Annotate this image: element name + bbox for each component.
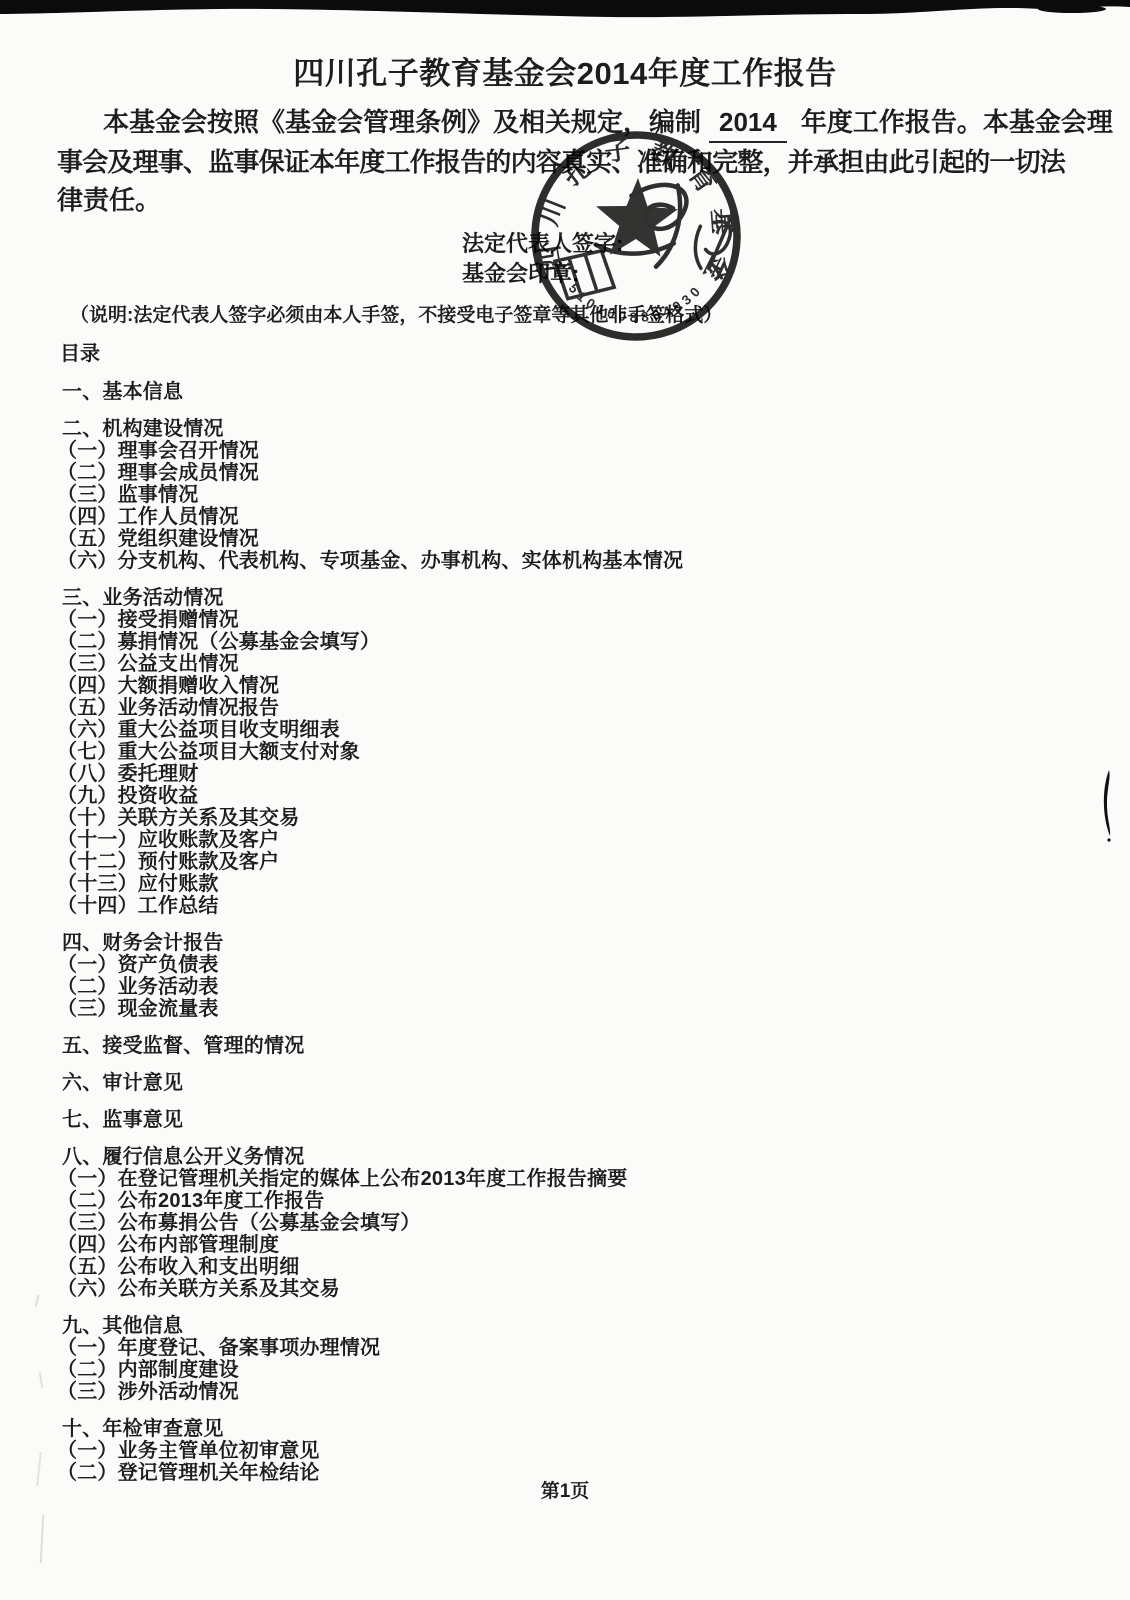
toc-section-heading: 二、机构建设情况 <box>62 418 1130 440</box>
intro-line-3: 律责任。 <box>57 181 1072 219</box>
toc-item: （七）重大公益项目大额支付对象 <box>57 741 1130 763</box>
toc-item: （三）现金流量表 <box>57 998 1130 1020</box>
scan-edge-band <box>0 0 1130 26</box>
toc-item: （二）理事会成员情况 <box>57 462 1130 484</box>
intro-line1-suffix: 年度工作报告。本基金会理 <box>801 107 1113 137</box>
toc-item: （三）涉外活动情况 <box>57 1381 1130 1403</box>
toc-item: （四）大额捐赠收入情况 <box>57 675 1130 697</box>
toc-section-heading: 八、履行信息公开义务情况 <box>62 1146 1130 1168</box>
toc-item: （十三）应付账款 <box>57 873 1130 895</box>
toc-section: 十、年检审查意见（一）业务主管单位初审意见（二）登记管理机关年检结论 <box>57 1418 1130 1484</box>
toc-item: （一）理事会召开情况 <box>57 440 1130 462</box>
toc-item: （一）业务主管单位初审意见 <box>57 1440 1130 1462</box>
toc-section-heading: 十、年检审查意见 <box>62 1418 1130 1440</box>
toc-section: 一、基本信息 <box>57 381 1130 403</box>
scan-left-artifact <box>35 1295 40 1307</box>
toc-item: （二）内部制度建设 <box>57 1359 1130 1381</box>
toc-item: （一）资产负债表 <box>57 954 1130 976</box>
intro-line1-prefix: 本基金会按照《基金会管理条例》及相关规定，编制 <box>103 107 701 137</box>
toc-item: （一）年度登记、备案事项办理情况 <box>57 1337 1130 1359</box>
toc-item: （二）公布2013年度工作报告 <box>57 1190 1130 1212</box>
toc-item: （八）委托理财 <box>57 763 1130 785</box>
toc-section-heading: 七、监事意见 <box>62 1109 1130 1131</box>
toc-item: （六）重大公益项目收支明细表 <box>57 719 1130 741</box>
toc-item: （十二）预付账款及客户 <box>57 851 1130 873</box>
foundation-seal-label: 基金会印章: <box>462 259 1130 289</box>
toc-item: （三）公布募捐公告（公募基金会填写） <box>57 1212 1130 1234</box>
legal-representative-signature-label: 法定代表人签字: <box>462 229 1130 259</box>
toc-item: （五）党组织建设情况 <box>57 528 1130 550</box>
toc-item: （三）公益支出情况 <box>57 653 1130 675</box>
scan-left-artifact <box>39 1372 43 1388</box>
toc-section: 七、监事意见 <box>57 1109 1130 1131</box>
intro-line-1: 本基金会按照《基金会管理条例》及相关规定，编制2014年度工作报告。本基金会理 <box>57 103 1072 143</box>
toc-item: （三）监事情况 <box>57 484 1130 506</box>
toc-section: 六、审计意见 <box>57 1072 1130 1094</box>
toc-item: （四）工作人员情况 <box>57 506 1130 528</box>
page-number: 第1页 <box>0 1476 1130 1503</box>
toc-section: 九、其他信息（一）年度登记、备案事项办理情况（二）内部制度建设（三）涉外活动情况 <box>57 1315 1130 1403</box>
toc-section-heading: 六、审计意见 <box>62 1072 1130 1094</box>
intro-line-2: 事会及理事、监事保证本年度工作报告的内容真实、准确和完整，并承担由此引起的一切法 <box>57 143 1072 181</box>
toc-item: （四）公布内部管理制度 <box>57 1234 1130 1256</box>
toc-list: 一、基本信息二、机构建设情况（一）理事会召开情况（二）理事会成员情况（三）监事情… <box>57 381 1130 1484</box>
toc-item: （六）分支机构、代表机构、专项基金、办事机构、实体机构基本情况 <box>57 550 1130 572</box>
signature-note: （说明:法定代表人签字必须由本人手签，不接受电子签章等其他非手签格式） <box>70 300 1130 327</box>
toc-section-heading: 一、基本信息 <box>62 381 1130 403</box>
toc-item: （十）关联方关系及其交易 <box>57 807 1130 829</box>
toc-section: 四、财务会计报告（一）资产负债表（二）业务活动表（三）现金流量表 <box>57 932 1130 1020</box>
toc-section: 八、履行信息公开义务情况（一）在登记管理机关指定的媒体上公布2013年度工作报告… <box>57 1146 1130 1300</box>
scanned-document-page: 四川孔子教育基金会2014年度工作报告 本基金会按照《基金会管理条例》及相关规定… <box>0 0 1130 1600</box>
toc-item: （十一）应收账款及客户 <box>57 829 1130 851</box>
intro-paragraph: 本基金会按照《基金会管理条例》及相关规定，编制2014年度工作报告。本基金会理 … <box>57 103 1072 219</box>
toc-section: 五、接受监督、管理的情况 <box>57 1035 1130 1057</box>
toc-item: （五）业务活动情况报告 <box>57 697 1130 719</box>
toc-section-heading: 三、业务活动情况 <box>62 587 1130 609</box>
report-year-value: 2014 <box>709 103 787 143</box>
toc-item: （一）接受捐赠情况 <box>57 609 1130 631</box>
scan-edge-artifact <box>1098 770 1114 844</box>
toc-item: （一）在登记管理机关指定的媒体上公布2013年度工作报告摘要 <box>57 1168 1130 1190</box>
toc-item: （十四）工作总结 <box>57 895 1130 917</box>
toc-section: 三、业务活动情况（一）接受捐赠情况（二）募捐情况（公募基金会填写）（三）公益支出… <box>57 587 1130 917</box>
scan-left-artifact <box>40 1515 45 1563</box>
toc-section-heading: 四、财务会计报告 <box>62 932 1130 954</box>
toc-item: （六）公布关联方关系及其交易 <box>57 1278 1130 1300</box>
toc-item: （二）募捐情况（公募基金会填写） <box>57 631 1130 653</box>
toc-item: （五）公布收入和支出明细 <box>57 1256 1130 1278</box>
toc-title: 目录 <box>60 337 1130 366</box>
signature-block: 法定代表人签字: 基金会印章: <box>462 229 1130 289</box>
toc-item: （二）业务活动表 <box>57 976 1130 998</box>
toc-item: （九）投资收益 <box>57 785 1130 807</box>
toc-section-heading: 五、接受监督、管理的情况 <box>62 1035 1130 1057</box>
toc-section-heading: 九、其他信息 <box>62 1315 1130 1337</box>
toc-section: 二、机构建设情况（一）理事会召开情况（二）理事会成员情况（三）监事情况（四）工作… <box>57 418 1130 572</box>
